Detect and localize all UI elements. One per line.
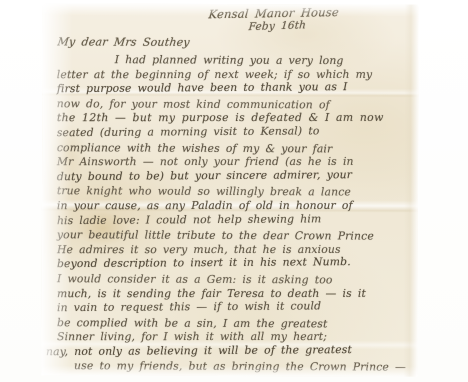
letter-line: nay, not only as believing it will be of… (46, 343, 409, 360)
letter-line: in vain to request this — if to wish it … (57, 299, 409, 316)
letter-line: beyond description to insert it in his n… (57, 255, 409, 272)
letter-paper: Kensal Manor House Feby 16th My dear Mrs… (41, 3, 418, 376)
letter-line: first purpose would have been to thank y… (57, 80, 409, 97)
paper-edge-fade-left (41, 3, 72, 375)
letter-line: duty bound to be) but your sincere admir… (57, 167, 409, 184)
paper-edge-fade-bottom (41, 365, 417, 376)
paper-edge-fade-top (43, 3, 419, 16)
letter-line: seated (during a morning visit to Kensal… (57, 124, 409, 141)
letter-body: I had planned writing you a very long le… (57, 53, 409, 374)
letter-salutation: My dear Mrs Southey (57, 35, 191, 48)
letter-dateline: Feby 16th (248, 19, 306, 33)
letter-line: his ladie love: I could not help shewing… (57, 211, 409, 228)
scan-background: Kensal Manor House Feby 16th My dear Mrs… (0, 0, 468, 382)
paper-edge-fade-right (403, 5, 418, 377)
